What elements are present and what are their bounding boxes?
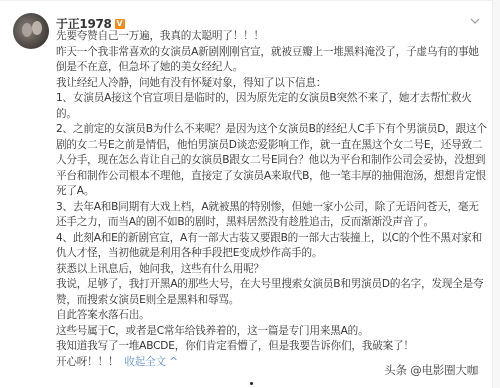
verified-badge-icon: V — [115, 19, 125, 29]
avatar-figure — [22, 23, 32, 37]
post-paragraph: 先要夸赞自己一万遍，我真的太聪明了！！！ — [56, 29, 488, 45]
author-avatar[interactable] — [13, 13, 49, 49]
right-gutter — [493, 0, 500, 388]
post-paragraph: 开心呀！！！ — [56, 356, 118, 368]
chevron-up-icon: ^ — [166, 356, 178, 368]
post-paragraph: 这些号属于C，或者是C常年给钱养着的，这一篇是专门用来黑A的。 — [56, 324, 488, 340]
post-paragraph: 获悉以上讯息后，她问我，这些有什么用呢？ — [56, 262, 488, 278]
collapse-label: 收起全文 — [124, 356, 166, 368]
weibo-post-card: 于正1978 V 先要夸赞自己一万遍，我真的太聪明了！！！ 昨天一个我非常喜欢的… — [0, 0, 493, 388]
post-paragraph: 4、此刻A和E的新剧官宣，A有一部大古装又要跟B的一部大古装撞上，以C的个性不黑… — [56, 231, 488, 262]
post-paragraph: 我让经纪人冷静，问她有没有怀疑对象，得知了以下信息： — [56, 76, 488, 92]
post-paragraph: 1、女演员A接这个官宣项目是临时的，因为原先定的女演员B突然不来了，她才去帮忙救… — [56, 91, 488, 122]
toutiao-watermark: 头条 @电影圈大咖 — [384, 362, 478, 378]
decorative-dot — [250, 382, 253, 385]
avatar-figure — [32, 21, 42, 35]
post-paragraph: 自此答案水落石出。 — [56, 308, 488, 324]
post-paragraph: 昨天一个我非常喜欢的女演员A新剧刚刚官宣，就被豆瓣上一堆黑料淹没了，子虚乌有的事… — [56, 45, 488, 76]
collapse-full-text-link[interactable]: 收起全文 ^ — [124, 356, 177, 368]
post-paragraph: 我说，足够了，我打开黑A的那些大号，在大号里搜索女演员B和男演员D的名字，发现全… — [56, 277, 488, 308]
post-paragraph: 我知道我写了一堆ABCDE，你们肯定看懵了，但是我要告诉你们，我破案了！ — [56, 339, 488, 355]
post-body: 先要夸赞自己一万遍，我真的太聪明了！！！ 昨天一个我非常喜欢的女演员A新剧刚刚官… — [56, 29, 488, 370]
post-paragraph: 2、之前定的女演员B为什么不来呢？是因为这个女演员B的经纪人C手下有个男演员D，… — [56, 122, 488, 200]
post-paragraph: 3、去年A和B同期有大戏上档，A就被黑的特别惨，但她一家小公司，除了无语问苍天，… — [56, 200, 488, 231]
chevron-down-icon[interactable] — [470, 17, 480, 27]
